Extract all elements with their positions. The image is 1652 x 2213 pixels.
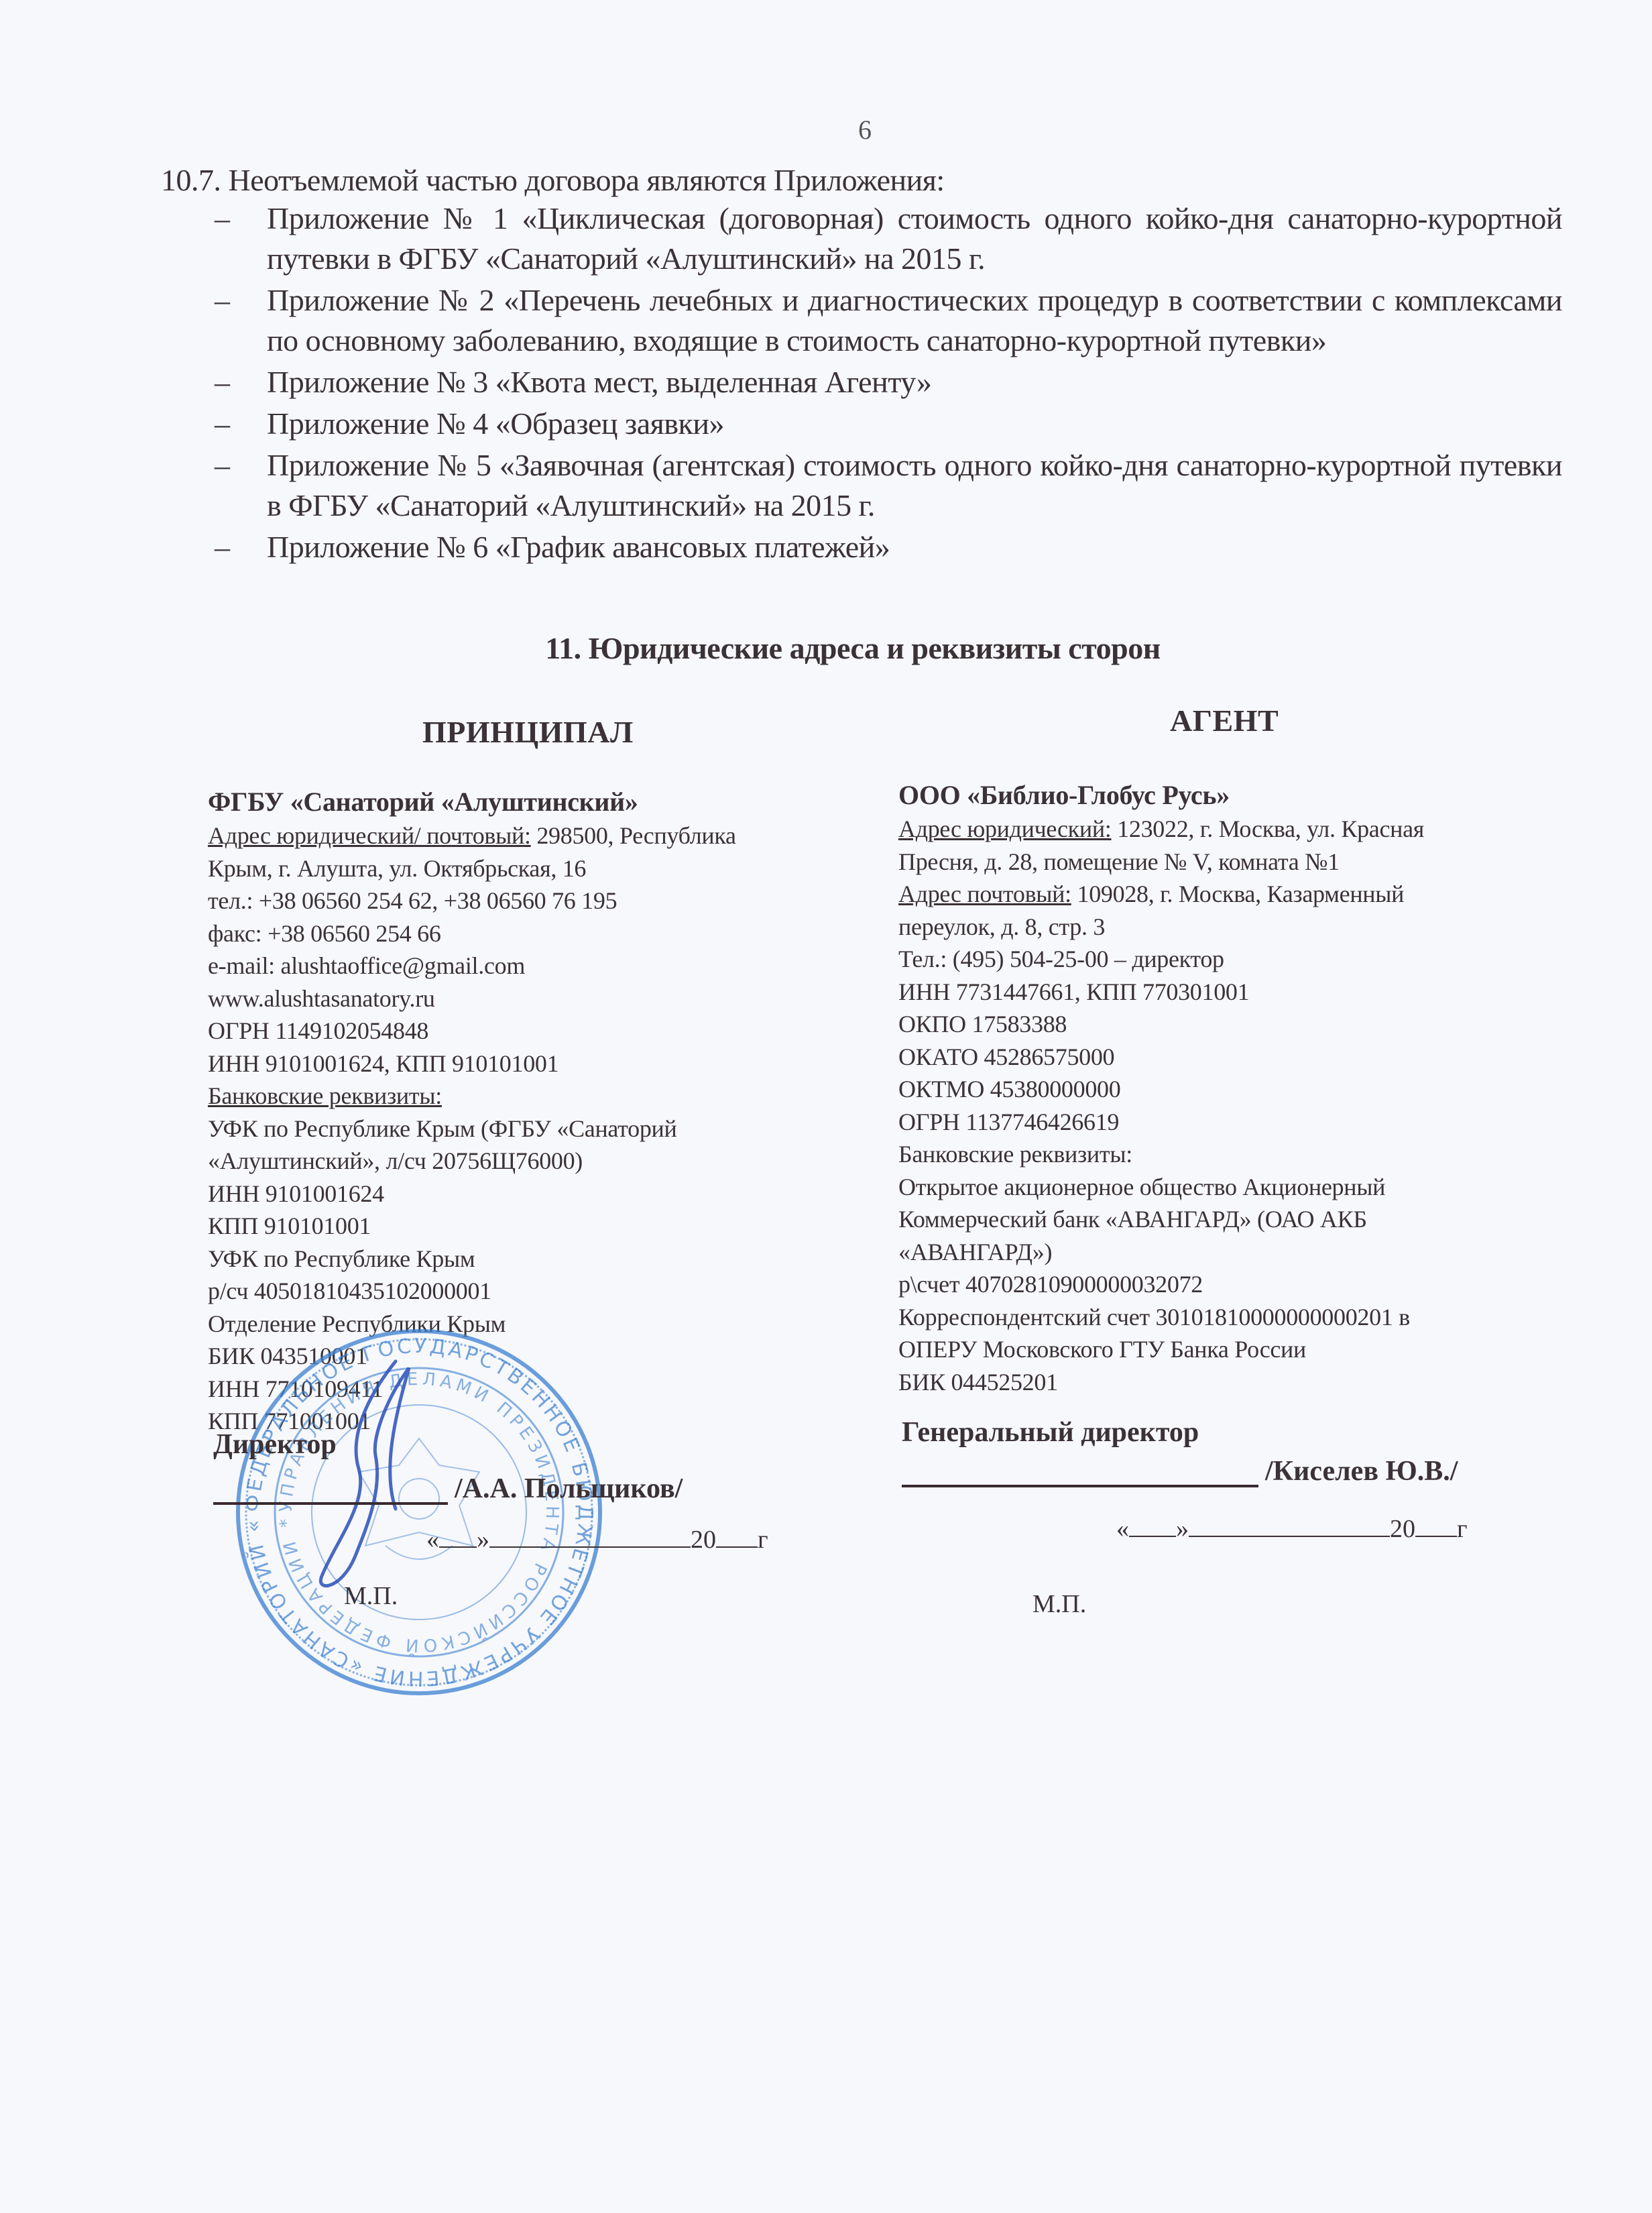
agent-bank-line: ОПЕРУ Московского ГТУ Банка России <box>898 1333 1542 1366</box>
agent-bank-line: Открытое акционерное общество Акционерны… <box>898 1171 1542 1204</box>
document-page: 6 10.7. Неотъемлемой частью договора явл… <box>0 0 1652 2213</box>
agent-oktmo: ОКТМО 45380000000 <box>898 1073 1542 1106</box>
principal-bank-line: УФК по Республике Крым (ФГБУ «Санаторий <box>208 1113 851 1145</box>
principal-bank-line: Отделение Республики Крым <box>208 1308 851 1341</box>
principal-bank-line: КПП 910101001 <box>208 1210 851 1243</box>
principal-bank-line: УФК по Республике Крым <box>208 1243 851 1275</box>
principal-date-field: «»20г <box>426 1525 768 1554</box>
annex-item-6: –Приложение № 6 «График авансовых платеж… <box>194 527 1562 567</box>
list-dash: – <box>215 445 241 486</box>
principal-details: ФГБУ «Санаторий «Алуштинский» Адрес юрид… <box>208 785 851 1438</box>
agent-date-field: «»20г <box>1116 1514 1468 1544</box>
page-number: 6 <box>858 114 872 146</box>
principal-bank-line: ИНН 9101001624 <box>208 1178 851 1210</box>
list-dash: – <box>215 527 241 567</box>
principal-bank-line: БИК 043510001 <box>208 1340 851 1373</box>
agent-seal-label: М.П. <box>1032 1589 1086 1619</box>
principal-bank-line: р/сч 40501810435102000001 <box>208 1275 851 1308</box>
principal-website: www.alushtasanatory.ru <box>208 982 851 1015</box>
agent-signature-row: /Киселев Ю.В./ <box>902 1455 1468 1487</box>
annex-item-2: –Приложение № 2 «Перечень лечебных и диа… <box>194 280 1562 361</box>
principal-bank-label: Банковские реквизиты: <box>208 1080 851 1113</box>
agent-bank-label: Банковские реквизиты: <box>898 1138 1542 1171</box>
principal-bank-line: «Алуштинский», л/сч 20756Щ76000) <box>208 1145 851 1178</box>
agent-bank-line: «АВАНГАРД») <box>898 1236 1542 1269</box>
principal-fax: факс: +38 06560 254 66 <box>208 917 851 950</box>
signature-line <box>213 1499 448 1505</box>
agent-bank-line: Корреспондентский счет 30101810000000000… <box>898 1301 1542 1334</box>
annex-item-1: –Приложение № 1 «Циклическая (договорная… <box>194 198 1562 279</box>
principal-email: e-mail: alushtaoffice@gmail.com <box>208 950 851 982</box>
agent-signer-title: Генеральный директор <box>902 1416 1468 1449</box>
principal-org-name: ФГБУ «Санаторий «Алуштинский» <box>208 785 851 819</box>
agent-signature-block: Генеральный директор /Киселев Ю.В./ «»20… <box>902 1416 1468 1544</box>
annex-item-3: –Приложение № 3 «Квота мест, выделенная … <box>194 362 1562 402</box>
principal-signer-title: Директор <box>213 1428 768 1461</box>
agent-okpo: ОКПО 17583388 <box>898 1008 1542 1041</box>
agent-postal-address: Адрес почтовый: 109028, г. Москва, Казар… <box>898 878 1542 911</box>
agent-signer-name: /Киселев Ю.В./ <box>1265 1455 1458 1487</box>
list-dash: – <box>215 404 241 444</box>
section-11-title: 11. Юридические адреса и реквизиты сторо… <box>0 630 1652 666</box>
principal-phone: тел.: +38 06560 254 62, +38 06560 76 195 <box>208 885 851 917</box>
annex-item-5: –Приложение № 5 «Заявочная (агентская) с… <box>194 445 1562 526</box>
agent-bank-line: р\счет 40702810900000032072 <box>898 1268 1542 1301</box>
annex-list: –Приложение № 1 «Циклическая (договорная… <box>194 198 1562 569</box>
agent-heading: АГЕНТ <box>1170 703 1279 738</box>
agent-okato: ОКАТО 45286575000 <box>898 1041 1542 1074</box>
agent-org-name: ООО «Библио-Глобус Русь» <box>898 778 1542 813</box>
list-dash: – <box>215 362 241 402</box>
agent-ogrn: ОГРН 1137746426619 <box>898 1106 1542 1139</box>
section-10-7-intro: 10.7. Неотъемлемой частью договора являю… <box>161 161 1582 200</box>
principal-signature-row: /А.А. Польщиков/ <box>213 1473 768 1505</box>
principal-signature-block: Директор /А.А. Польщиков/ «»20г М.П. <box>213 1428 768 1554</box>
annex-item-4: –Приложение № 4 «Образец заявки» <box>194 404 1562 444</box>
principal-ogrn: ОГРН 1149102054848 <box>208 1015 851 1047</box>
principal-heading: ПРИНЦИПАЛ <box>422 714 634 750</box>
principal-inn-kpp: ИНН 9101001624, КПП 910101001 <box>208 1047 851 1080</box>
agent-inn-kpp: ИНН 7731447661, КПП 770301001 <box>898 976 1542 1009</box>
agent-legal-address: Адрес юридический: 123022, г. Москва, ул… <box>898 813 1542 846</box>
principal-address: Адрес юридический/ почтовый: 298500, Рес… <box>208 819 851 852</box>
agent-bank-line: Коммерческий банк «АВАНГАРД» (ОАО АКБ <box>898 1203 1542 1236</box>
agent-details: ООО «Библио-Глобус Русь» Адрес юридическ… <box>898 778 1542 1398</box>
principal-seal-label: М.П. <box>344 1581 398 1611</box>
principal-signer-name: /А.А. Польщиков/ <box>455 1473 683 1505</box>
signature-line <box>902 1482 1258 1487</box>
principal-bank-line: ИНН 7710109411 <box>208 1373 851 1406</box>
agent-phone: Тел.: (495) 504-25-00 – директор <box>898 943 1542 976</box>
list-dash: – <box>215 198 241 239</box>
agent-bank-line: БИК 044525201 <box>898 1366 1542 1399</box>
list-dash: – <box>215 280 241 321</box>
